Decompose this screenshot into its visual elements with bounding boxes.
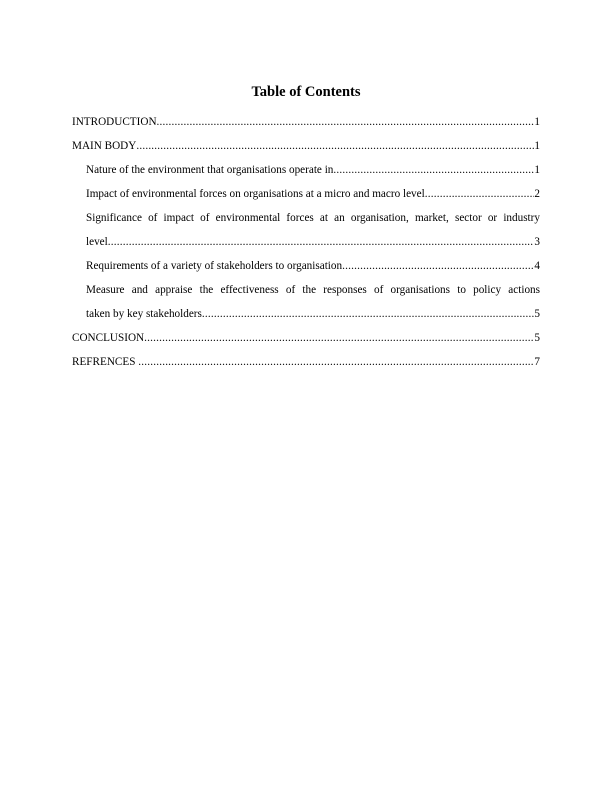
toc-entry-label: REFRENCES bbox=[72, 350, 138, 374]
dot-leader bbox=[144, 326, 534, 350]
toc-entry-label: Nature of the environment that organisat… bbox=[86, 158, 333, 182]
dot-leader bbox=[157, 110, 535, 134]
dot-leader bbox=[136, 134, 534, 158]
toc-entry-label-line2: level bbox=[86, 230, 108, 254]
dot-leader bbox=[202, 302, 535, 326]
toc-entry-page: 7 bbox=[534, 350, 540, 374]
toc-entry-page: 1 bbox=[534, 110, 540, 134]
toc-entry-measure-and-appraise[interactable]: Measure and appraise the effectiveness o… bbox=[72, 278, 540, 326]
dot-leader bbox=[333, 158, 534, 182]
toc-entry-page: 1 bbox=[534, 134, 540, 158]
toc-entry-page: 5 bbox=[534, 302, 540, 326]
toc-entry-references[interactable]: REFRENCES 7 bbox=[72, 350, 540, 374]
table-of-contents: INTRODUCTION 1 MAIN BODY 1 Nature of the… bbox=[72, 110, 540, 374]
dot-leader bbox=[138, 350, 534, 374]
toc-entry-requirements-of-stakeholders[interactable]: Requirements of a variety of stakeholder… bbox=[72, 254, 540, 278]
toc-entry-label-line2: taken by key stakeholders bbox=[86, 302, 202, 326]
toc-entry-significance-of-impact[interactable]: Significance of impact of environmental … bbox=[72, 206, 540, 254]
toc-entry-label: Impact of environmental forces on organi… bbox=[86, 182, 425, 206]
toc-entry-label: MAIN BODY bbox=[72, 134, 136, 158]
toc-entry-label: INTRODUCTION bbox=[72, 110, 157, 134]
toc-title: Table of Contents bbox=[0, 83, 612, 101]
toc-entry-page: 3 bbox=[534, 230, 540, 254]
dot-leader bbox=[425, 182, 535, 206]
dot-leader bbox=[108, 230, 535, 254]
toc-entry-introduction[interactable]: INTRODUCTION 1 bbox=[72, 110, 540, 134]
toc-entry-page: 4 bbox=[534, 254, 540, 278]
toc-entry-main-body[interactable]: MAIN BODY 1 bbox=[72, 134, 540, 158]
dot-leader bbox=[342, 254, 534, 278]
toc-entry-page: 1 bbox=[534, 158, 540, 182]
toc-entry-page: 5 bbox=[534, 326, 540, 350]
toc-entry-impact-of-forces[interactable]: Impact of environmental forces on organi… bbox=[72, 182, 540, 206]
toc-entry-label-line1: Significance of impact of environmental … bbox=[86, 206, 540, 230]
toc-entry-conclusion[interactable]: CONCLUSION 5 bbox=[72, 326, 540, 350]
document-page: Table of Contents INTRODUCTION 1 MAIN BO… bbox=[0, 0, 612, 792]
toc-entry-nature-of-environment[interactable]: Nature of the environment that organisat… bbox=[72, 158, 540, 182]
toc-entry-label-line1: Measure and appraise the effectiveness o… bbox=[86, 278, 540, 302]
toc-entry-label: Requirements of a variety of stakeholder… bbox=[86, 254, 342, 278]
toc-entry-page: 2 bbox=[534, 182, 540, 206]
toc-entry-label: CONCLUSION bbox=[72, 326, 144, 350]
